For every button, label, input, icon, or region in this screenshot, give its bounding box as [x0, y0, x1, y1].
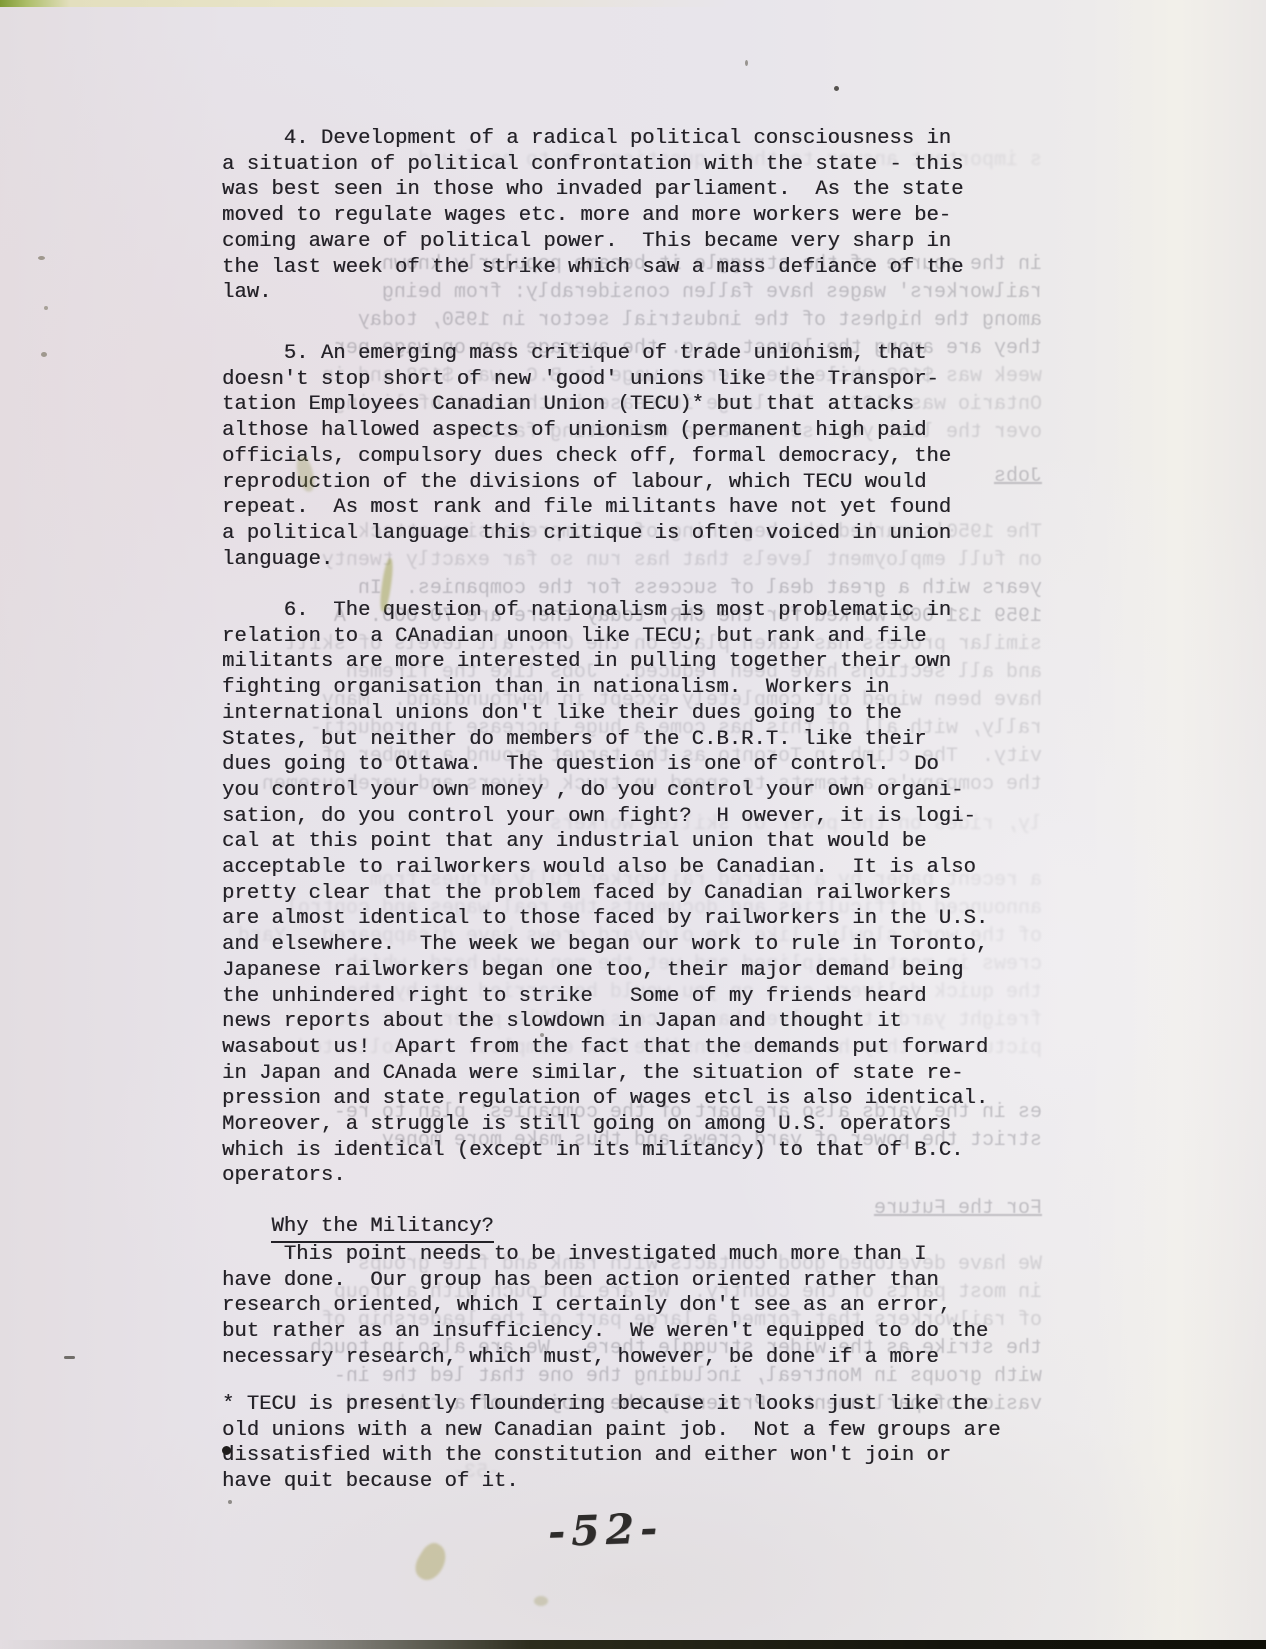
speck [44, 306, 48, 310]
footnote: * TECU is presently floundering because … [222, 1392, 1001, 1495]
speck [41, 352, 47, 357]
paragraph-6: 6. The question of nationalism is most p… [222, 598, 988, 1189]
speck [228, 1500, 232, 1504]
speck [38, 256, 45, 260]
paragraph-4: 4. Development of a radical political co… [222, 126, 964, 306]
speck [745, 60, 748, 66]
ink-smudge [410, 1539, 452, 1585]
paragraph-7: This point needs to be investigated much… [222, 1242, 988, 1371]
scan-edge-top [0, 0, 730, 7]
bleedthrough-line: among the highest of the industrial sect… [206, 308, 1042, 333]
speck [64, 1356, 75, 1359]
speck [834, 86, 839, 91]
page: s important answer to these questions is… [0, 0, 1266, 1649]
page-number: -52- [547, 1504, 664, 1556]
speck [222, 1446, 231, 1455]
scan-edge-bottom [0, 1640, 1266, 1649]
speck [540, 1033, 544, 1037]
ink-smudge [534, 1596, 548, 1606]
paragraph-5: 5. An emerging mass critique of trade un… [222, 341, 951, 572]
section-heading-text: Why the Militancy? [271, 1214, 493, 1244]
